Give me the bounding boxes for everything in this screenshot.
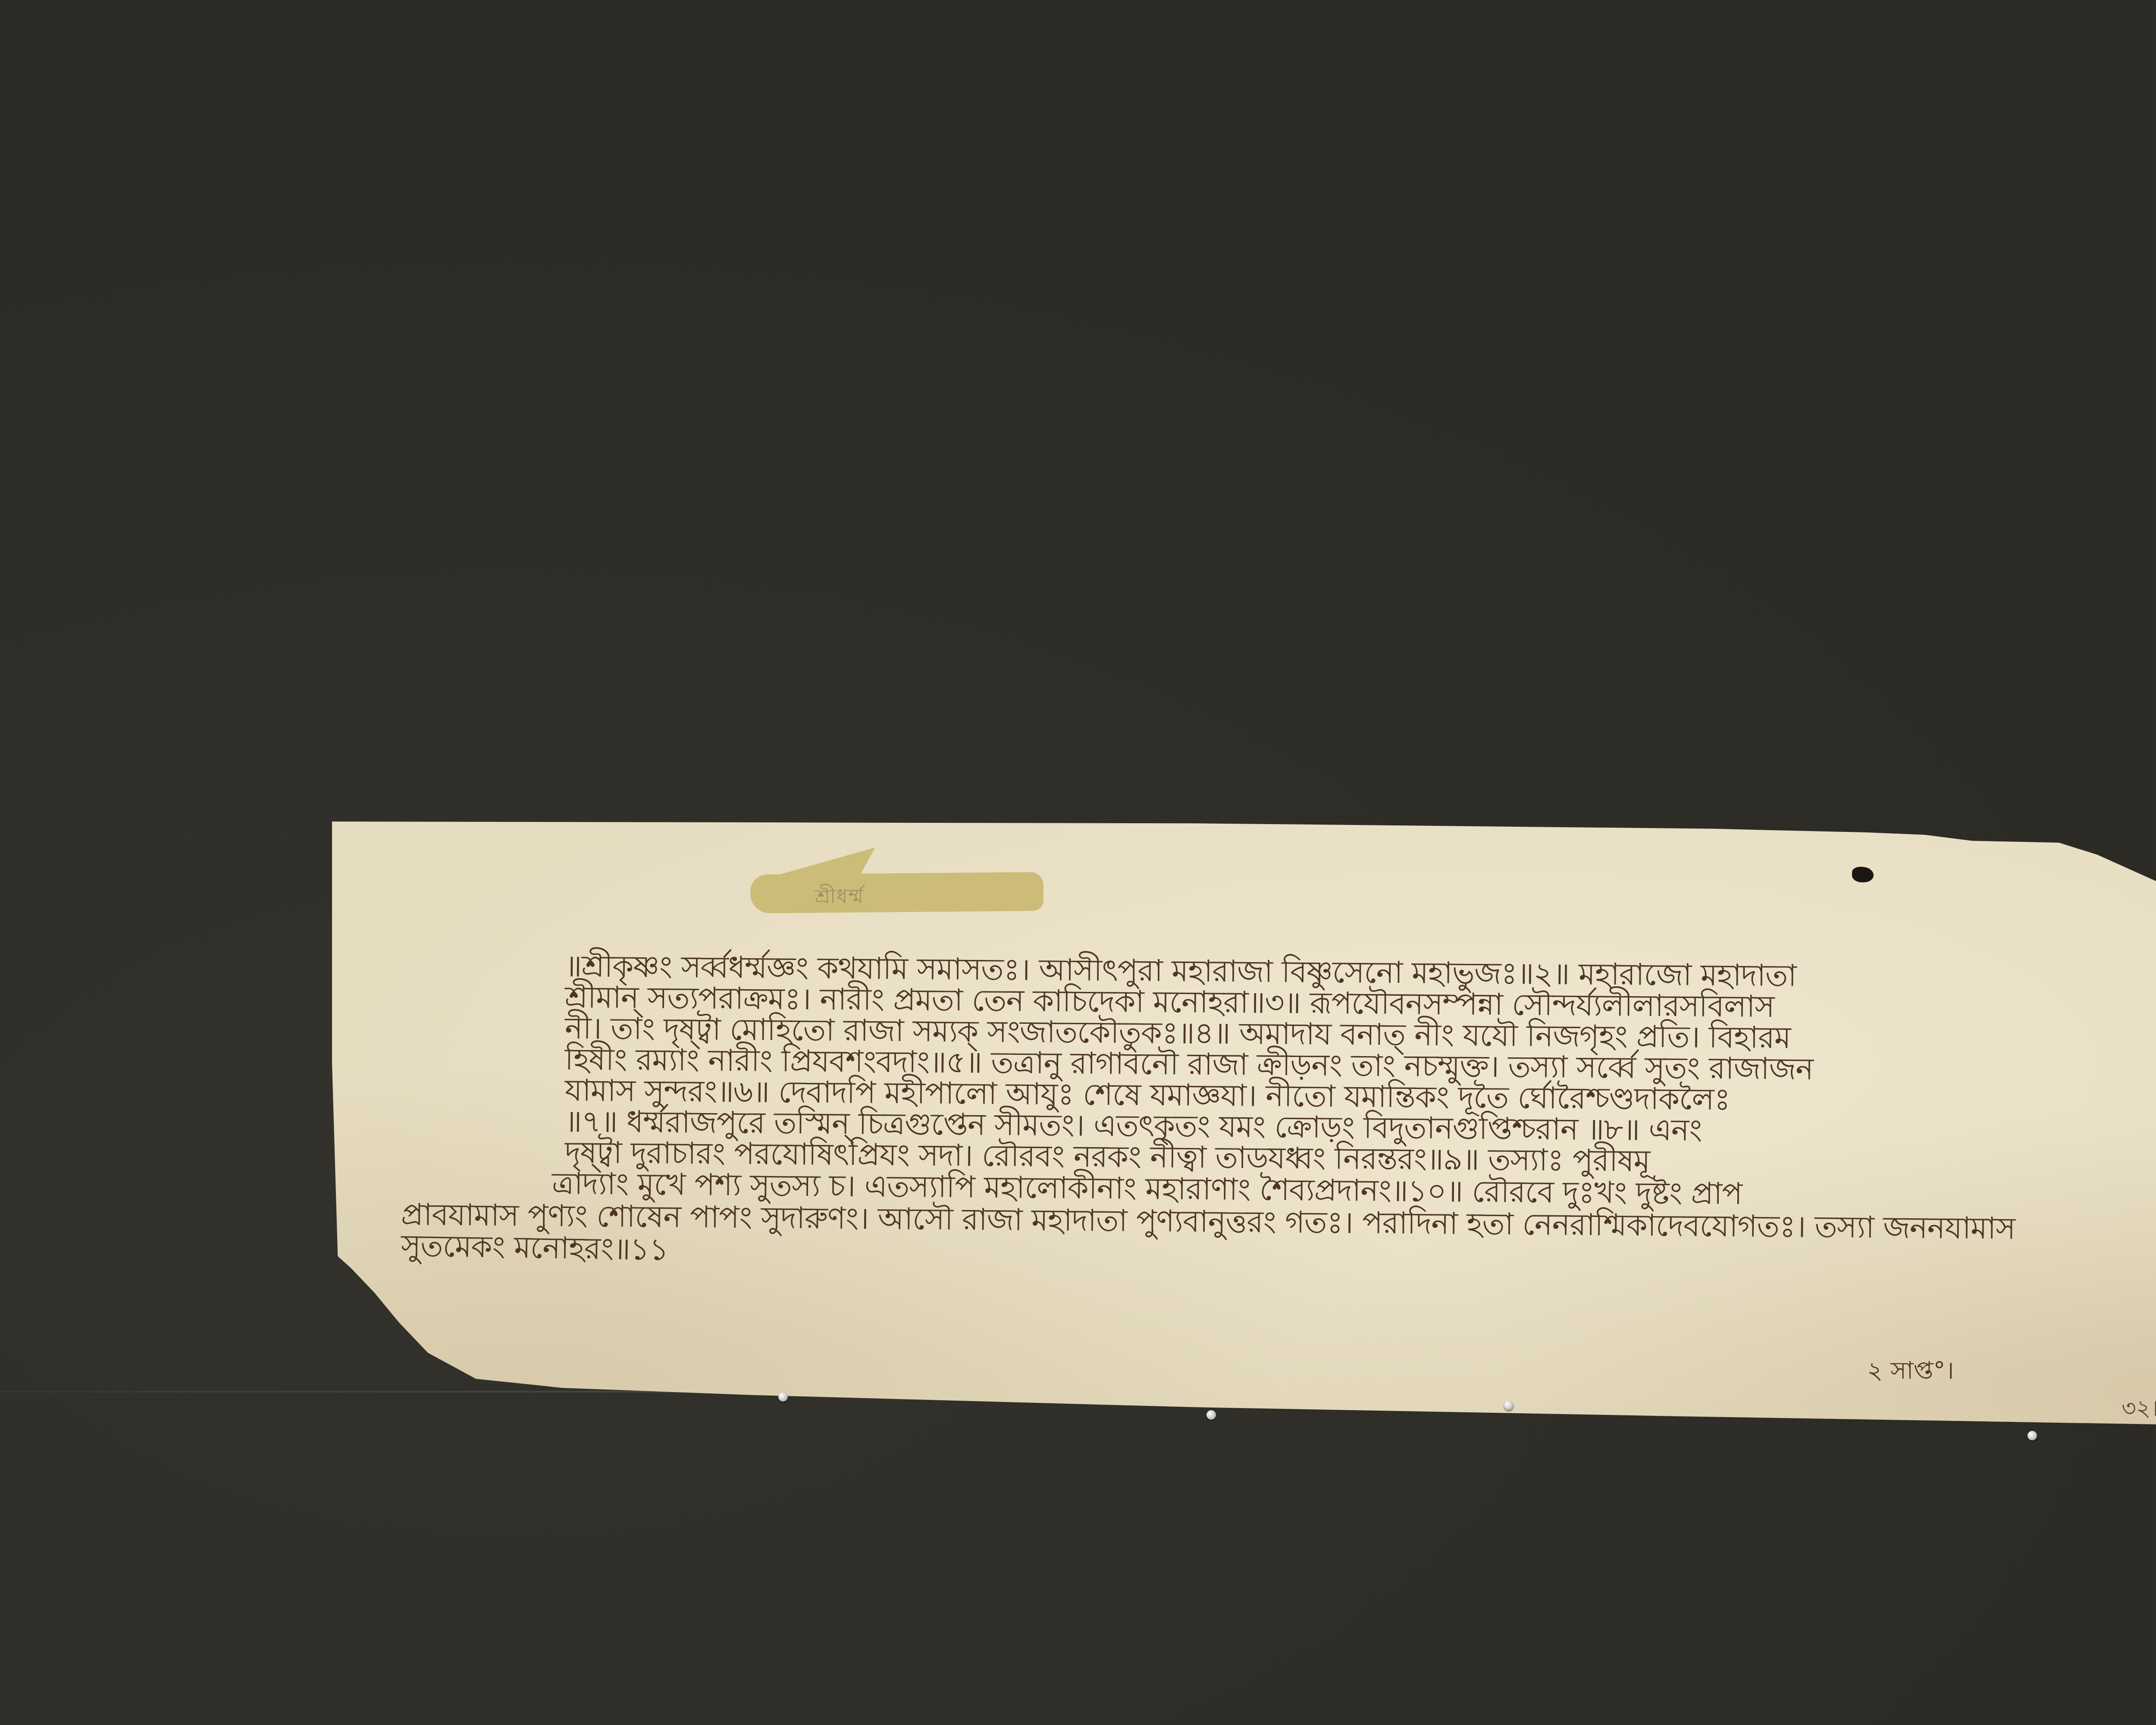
shelf-mark: ৩২।২।৪ — [2122, 1391, 2156, 1428]
pasted-label-text: শ্রীধর্ম্ম — [815, 881, 864, 915]
manuscript-folio: শ্রীধর্ম্ম ॥শ্রীকৃষ্ণং সর্ব্বধর্ম্মজ্ঞং … — [332, 822, 2156, 1425]
ink-blot — [1852, 867, 1874, 882]
pin-icon — [778, 1392, 788, 1402]
pin-icon — [1504, 1401, 1514, 1410]
pin-icon — [2028, 1431, 2037, 1440]
pasted-label: শ্রীধর্ম্ম — [750, 872, 1044, 913]
display-board: শ্রীধর্ম্ম ॥শ্রীকৃষ্ণং সর্ব্বধর্ম্মজ্ঞং … — [0, 0, 2156, 1725]
manuscript-text: ॥শ্রীকৃষ্ণং সর্ব্বধর্ম্মজ্ঞং কথযামি সমাস… — [548, 951, 2156, 1261]
folio-number: ২ সাপ্ত°। — [1867, 1352, 1954, 1393]
pin-icon — [1206, 1410, 1216, 1420]
